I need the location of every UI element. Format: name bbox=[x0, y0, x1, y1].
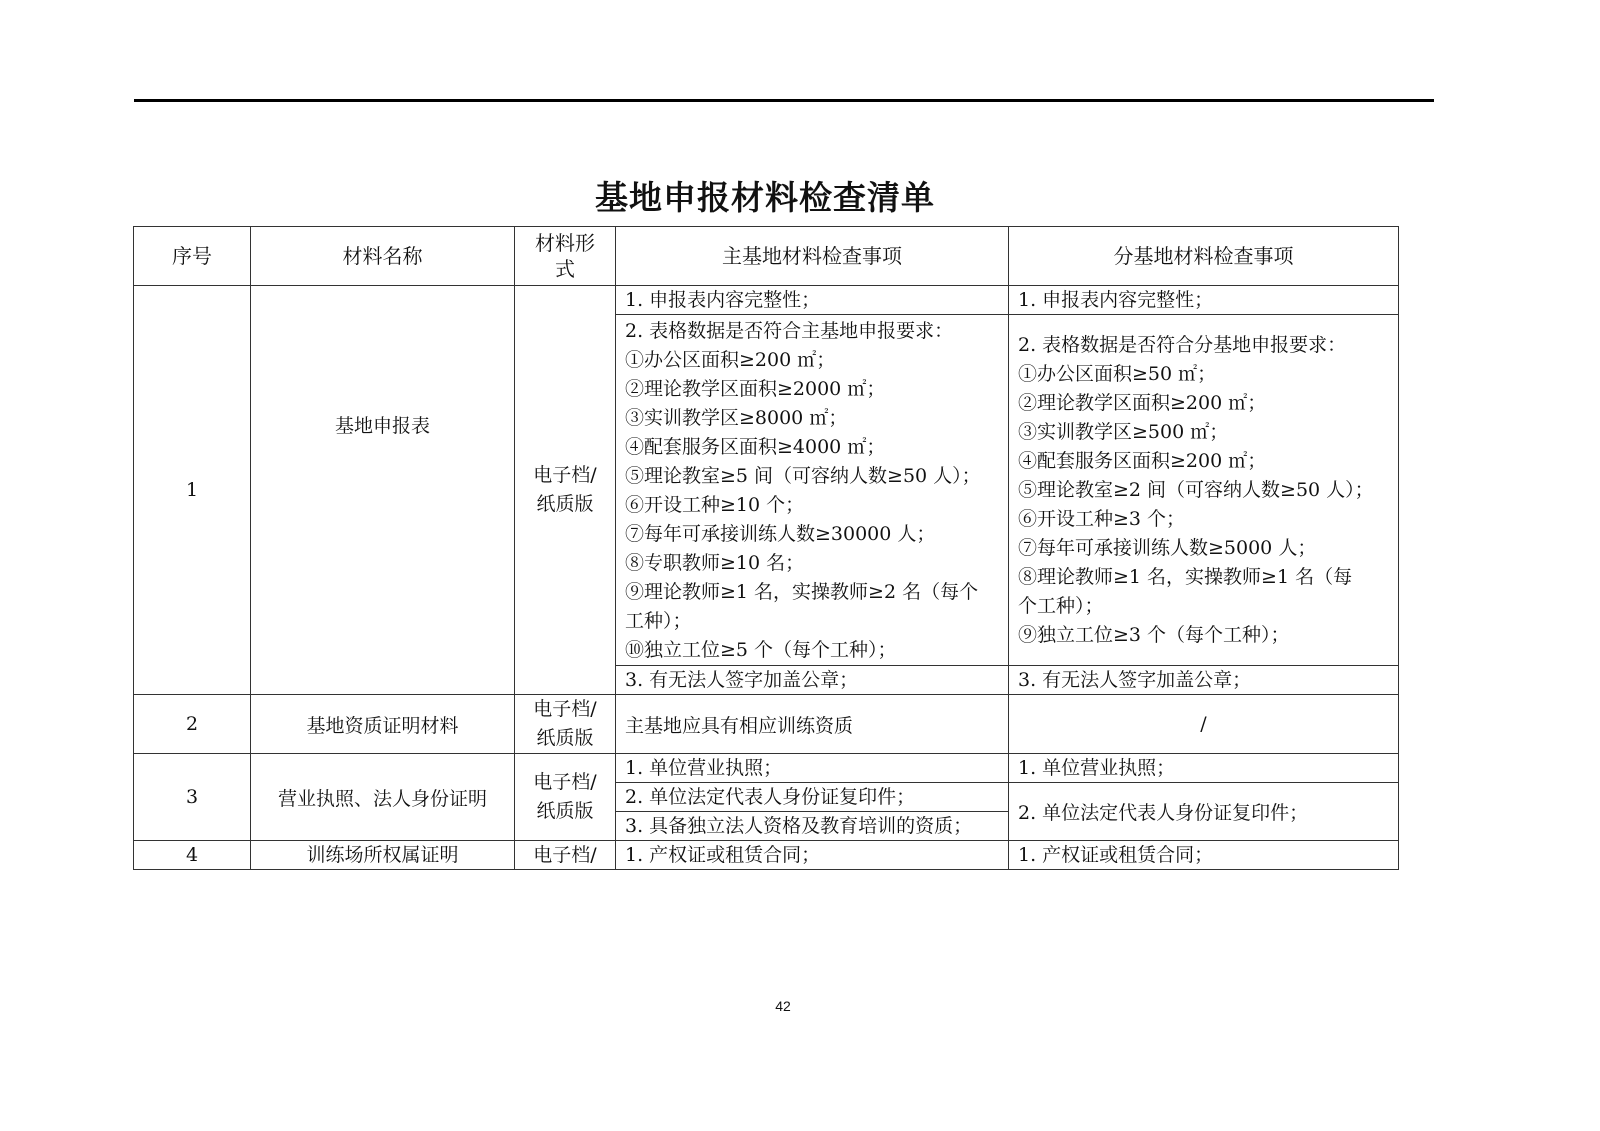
row4-main-check: 1. 产权证或租赁合同； bbox=[616, 841, 1009, 870]
header-sub-base-checks: 分基地材料检查事项 bbox=[1009, 227, 1399, 286]
row3-material-form-text: 电子档/纸质版 bbox=[527, 768, 603, 826]
row1-main-req-4: ④配套服务区面积≥4000 ㎡； bbox=[625, 433, 1008, 462]
header-rule bbox=[134, 99, 1434, 102]
row1-sub-item2-heading: 2. 表格数据是否符合分基地申报要求： bbox=[1018, 331, 1398, 360]
checklist-table: 序号 材料名称 材料形式 主基地材料检查事项 分基地材料检查事项 1 基地申报表… bbox=[133, 226, 1399, 870]
header-material-form: 材料形式 bbox=[515, 227, 616, 286]
row3-material-form: 电子档/纸质版 bbox=[515, 754, 616, 841]
document-title: 基地申报材料检查清单 bbox=[0, 172, 1530, 219]
row4-index: 4 bbox=[134, 841, 251, 870]
row3-sub-item1: 1. 单位营业执照； bbox=[1009, 754, 1399, 783]
row1-main-item1: 1. 申报表内容完整性； bbox=[616, 286, 1009, 315]
row3-main-item2: 2. 单位法定代表人身份证复印件； bbox=[616, 783, 1009, 812]
header-material-form-text: 材料形式 bbox=[529, 230, 601, 282]
header-material-name: 材料名称 bbox=[251, 227, 515, 286]
table-header-row: 序号 材料名称 材料形式 主基地材料检查事项 分基地材料检查事项 bbox=[134, 227, 1399, 286]
row3-main-item3: 3. 具备独立法人资格及教育培训的资质； bbox=[616, 812, 1009, 841]
row1-sub-req-3: ③实训教学区≥500 ㎡； bbox=[1018, 418, 1398, 447]
header-index: 序号 bbox=[134, 227, 251, 286]
row2-material-form-text: 电子档/纸质版 bbox=[527, 695, 603, 753]
row1-main-req-3: ③实训教学区≥8000 ㎡； bbox=[625, 404, 1008, 433]
row1-sub-req-5: ⑤理论教室≥2 间（可容纳人数≥50 人）； bbox=[1018, 476, 1398, 505]
row1-sub-req-8: ⑧理论教师≥1 名，实操教师≥1 名（每 bbox=[1018, 563, 1398, 592]
row3-index: 3 bbox=[134, 754, 251, 841]
row1-sub-req-9: ⑨独立工位≥3 个（每个工种）； bbox=[1018, 621, 1398, 650]
row1-main-req-8: ⑧专职教师≥10 名； bbox=[625, 549, 1008, 578]
row3-main-item1: 1. 单位营业执照； bbox=[616, 754, 1009, 783]
row3-sub-item2: 2. 单位法定代表人身份证复印件； bbox=[1009, 783, 1399, 841]
header-main-base-checks: 主基地材料检查事项 bbox=[616, 227, 1009, 286]
row1-sub-req-8-cont: 个工种）； bbox=[1018, 592, 1398, 621]
row1-index: 1 bbox=[134, 286, 251, 695]
row1-main-req-9-cont: 工种）； bbox=[625, 607, 1008, 636]
row1-main-req-5: ⑤理论教室≥5 间（可容纳人数≥50 人）； bbox=[625, 462, 1008, 491]
table-row: 1 基地申报表 电子档/纸质版 1. 申报表内容完整性； 1. 申报表内容完整性… bbox=[134, 286, 1399, 315]
row1-material-name-text: 基地申报表 bbox=[251, 411, 514, 438]
row1-main-req-7: ⑦每年可承接训练人数≥30000 人； bbox=[625, 520, 1008, 549]
row1-main-req-2: ②理论教学区面积≥2000 ㎡； bbox=[625, 375, 1008, 404]
row1-material-form-text: 电子档/纸质版 bbox=[527, 461, 603, 519]
row1-sub-req-6: ⑥开设工种≥3 个； bbox=[1018, 505, 1398, 534]
row1-main-req-9: ⑨理论教师≥1 名，实操教师≥2 名（每个 bbox=[625, 578, 1008, 607]
row1-material-form: 电子档/纸质版 bbox=[515, 286, 616, 695]
row4-material-name: 训练场所权属证明 bbox=[251, 841, 515, 870]
row2-sub-check: / bbox=[1009, 695, 1399, 754]
row1-sub-item3: 3. 有无法人签字加盖公章； bbox=[1009, 666, 1399, 695]
row1-main-item3: 3. 有无法人签字加盖公章； bbox=[616, 666, 1009, 695]
row1-main-item2-heading: 2. 表格数据是否符合主基地申报要求： bbox=[625, 317, 1008, 346]
row1-main-req-1: ①办公区面积≥200 ㎡； bbox=[625, 346, 1008, 375]
row4-sub-check: 1. 产权证或租赁合同； bbox=[1009, 841, 1399, 870]
row2-material-name: 基地资质证明材料 bbox=[251, 695, 515, 754]
row1-sub-req-7: ⑦每年可承接训练人数≥5000 人； bbox=[1018, 534, 1398, 563]
row1-sub-item2: 2. 表格数据是否符合分基地申报要求： ①办公区面积≥50 ㎡； ②理论教学区面… bbox=[1009, 315, 1399, 666]
row1-sub-req-1: ①办公区面积≥50 ㎡； bbox=[1018, 360, 1398, 389]
row1-sub-req-2: ②理论教学区面积≥200 ㎡； bbox=[1018, 389, 1398, 418]
row4-material-form: 电子档/ bbox=[515, 841, 616, 870]
row1-main-item2: 2. 表格数据是否符合主基地申报要求： ①办公区面积≥200 ㎡； ②理论教学区… bbox=[616, 315, 1009, 666]
row3-material-name: 营业执照、法人身份证明 bbox=[251, 754, 515, 841]
row2-material-form: 电子档/纸质版 bbox=[515, 695, 616, 754]
row1-main-req-10: ⑩独立工位≥5 个（每个工种）； bbox=[625, 636, 1008, 665]
row2-main-check: 主基地应具有相应训练资质 bbox=[616, 695, 1009, 754]
row2-index: 2 bbox=[134, 695, 251, 754]
row1-main-req-6: ⑥开设工种≥10 个； bbox=[625, 491, 1008, 520]
table-row: 2 基地资质证明材料 电子档/纸质版 主基地应具有相应训练资质 / bbox=[134, 695, 1399, 754]
row1-sub-item1: 1. 申报表内容完整性； bbox=[1009, 286, 1399, 315]
row1-sub-req-4: ④配套服务区面积≥200 ㎡； bbox=[1018, 447, 1398, 476]
table-row: 3 营业执照、法人身份证明 电子档/纸质版 1. 单位营业执照； 1. 单位营业… bbox=[134, 754, 1399, 783]
row1-material-name: 基地申报表 bbox=[251, 286, 515, 695]
table-row: 4 训练场所权属证明 电子档/ 1. 产权证或租赁合同； 1. 产权证或租赁合同… bbox=[134, 841, 1399, 870]
page-number: 42 bbox=[0, 998, 1566, 1014]
